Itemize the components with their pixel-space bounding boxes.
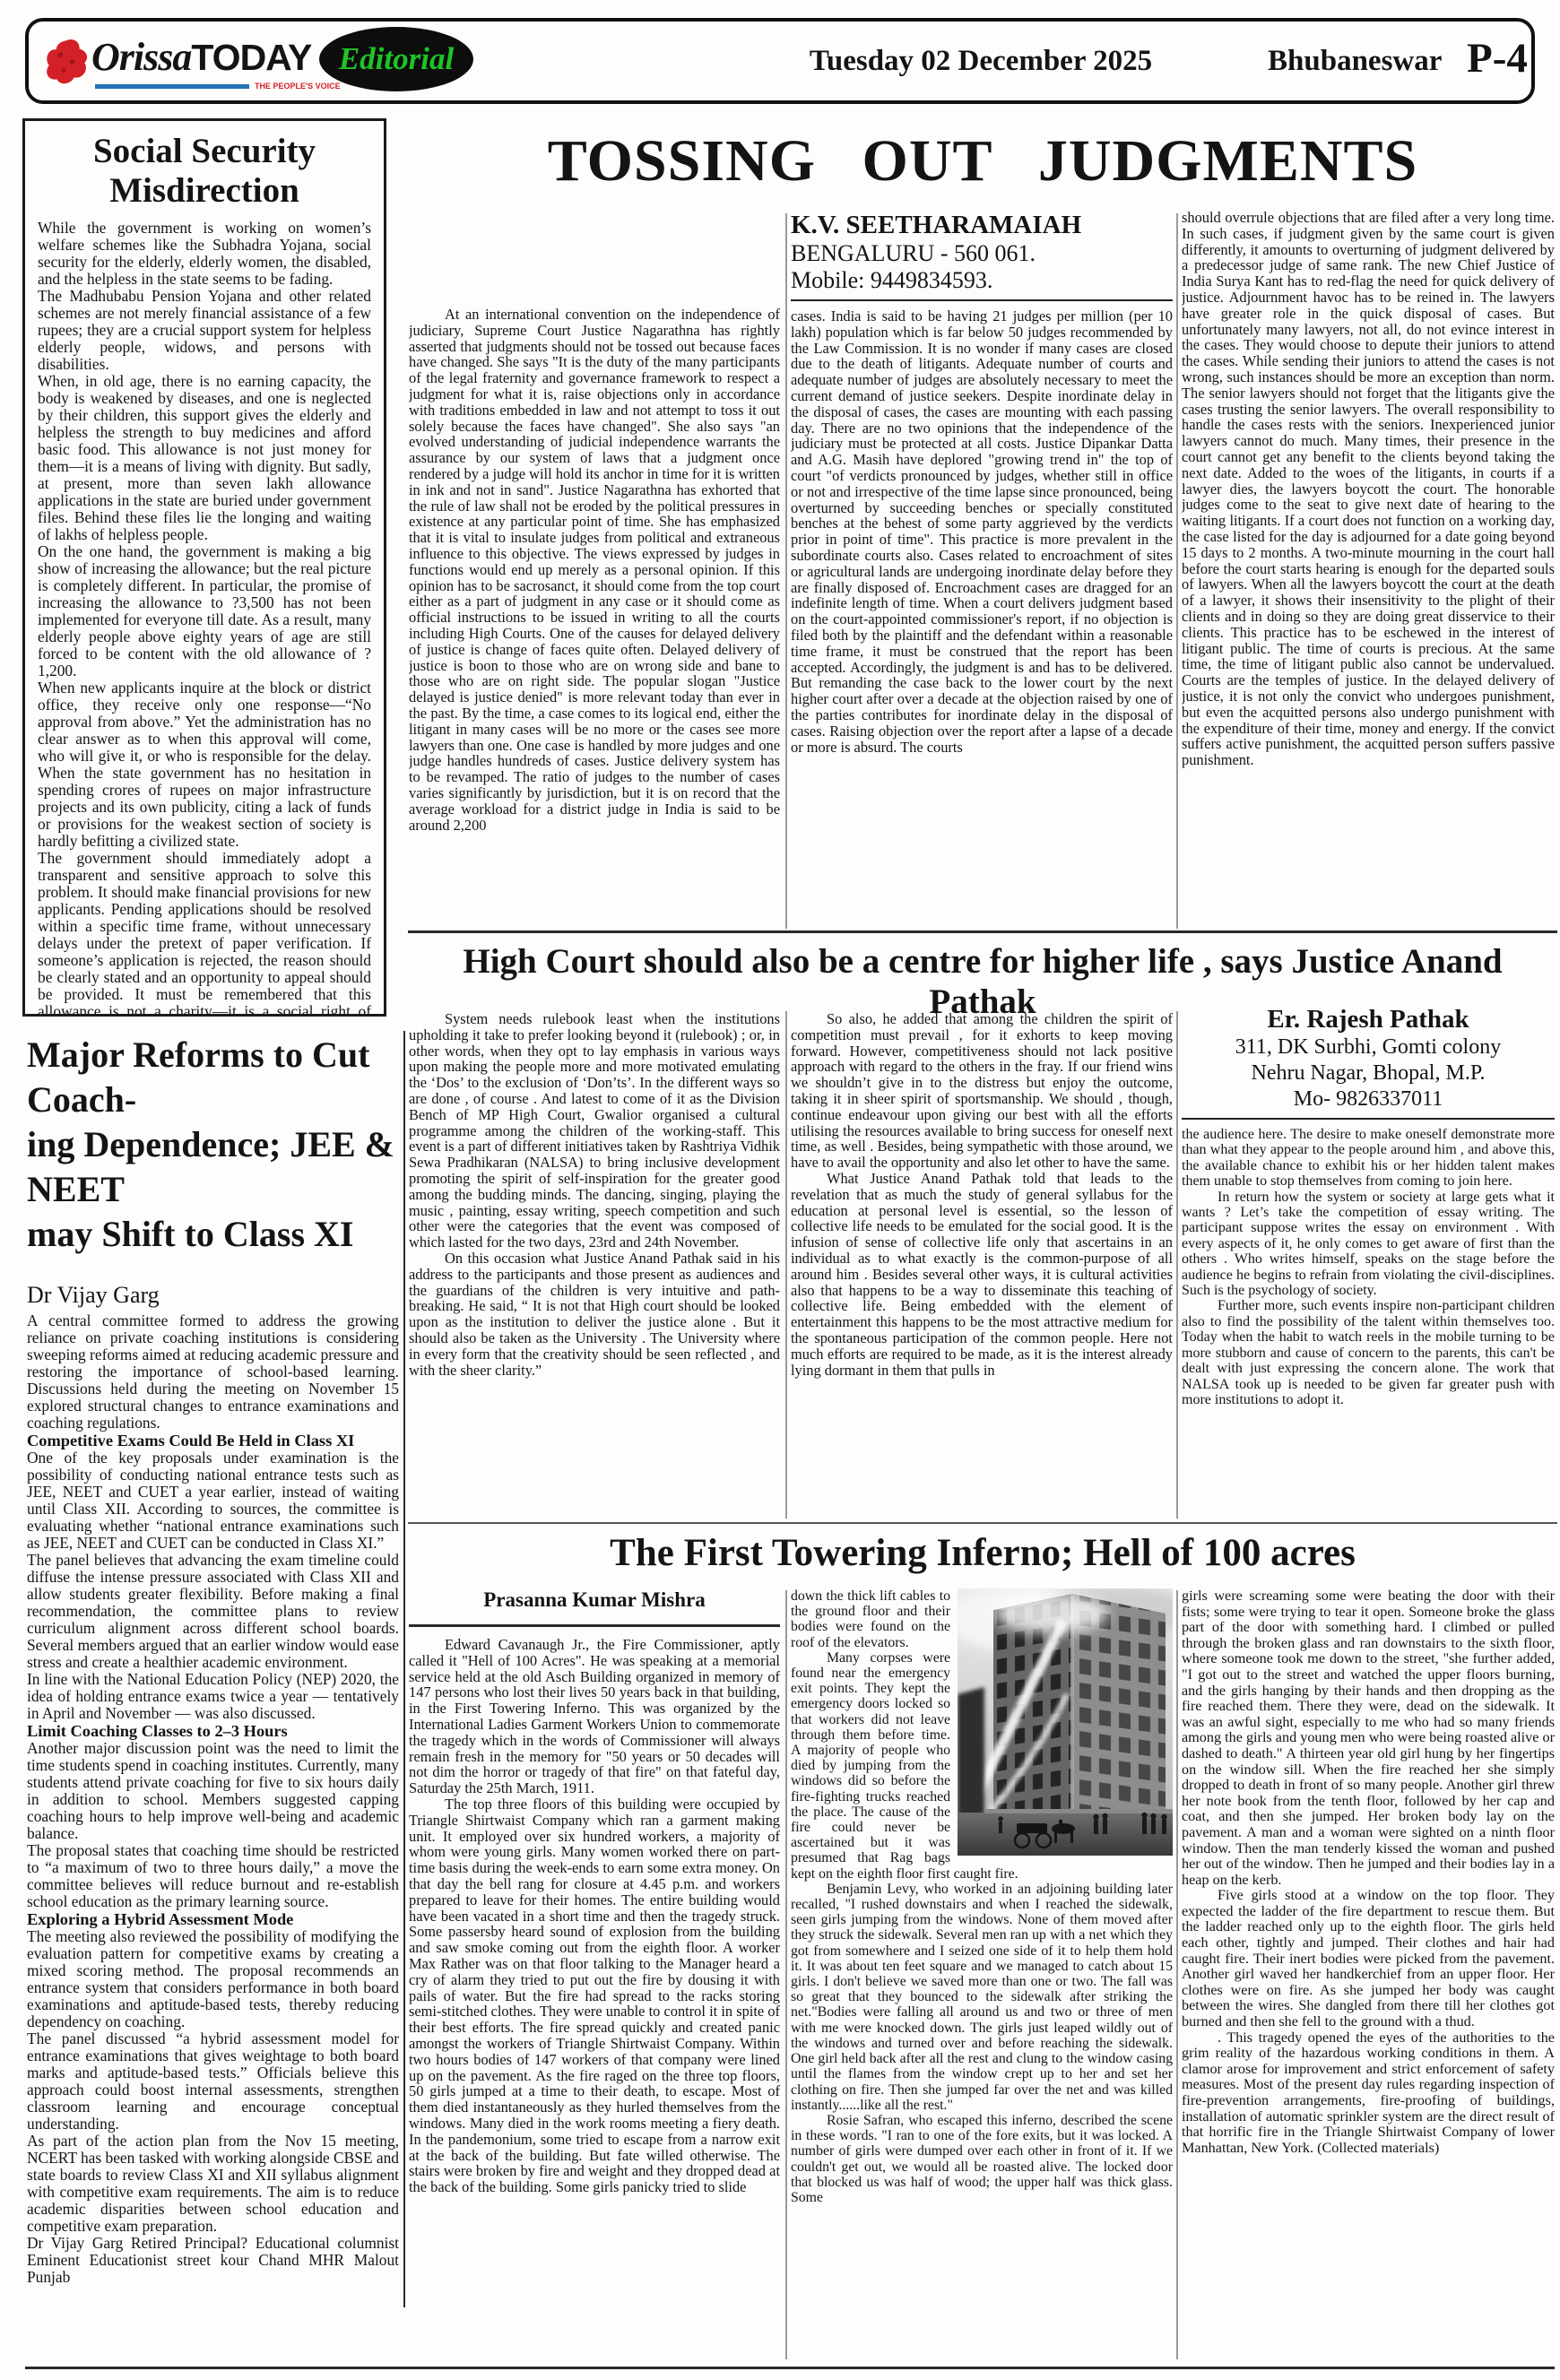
coaching-paragraph: The panel believes that advancing the ex…: [27, 1552, 399, 1671]
coaching-title-line: Major Reforms to Cut Coach-: [27, 1033, 399, 1122]
contributor-rule: [1182, 1118, 1555, 1120]
coaching-article: Major Reforms to Cut Coach- ing Dependen…: [27, 1033, 399, 2359]
coaching-paragraph: As part of the action plan from the Nov …: [27, 2133, 399, 2235]
coaching-paragraph: The panel discussed “a hybrid assessment…: [27, 2030, 399, 2133]
edition-badge: Editorial: [319, 27, 473, 91]
high-court-paragraph: In return how the system or society at l…: [1182, 1190, 1555, 1299]
contributor-name: Er. Rajesh Pathak: [1182, 1004, 1555, 1034]
contributor-address: 311, DK Surbhi, Gomti colony: [1182, 1034, 1555, 1060]
judgments-text: cases. India is said to be having 21 jud…: [791, 308, 1173, 755]
coaching-paragraph: A central committee formed to address th…: [27, 1312, 399, 1432]
coaching-paragraph: The meeting also reviewed the possibilit…: [27, 1928, 399, 2030]
editorial-paragraph: When new applicants inquire at the block…: [38, 679, 371, 850]
paper-logo: OrissaTODAY THE PEOPLE'S VOICE: [41, 32, 310, 95]
odisha-map-icon: [41, 36, 93, 88]
judgments-text: At an international convention on the in…: [409, 307, 780, 833]
high-court-paragraph: System needs rulebook least when the ins…: [409, 1011, 780, 1251]
editorial-paragraph: The government should immediately adopt …: [38, 850, 371, 1017]
judgments-column-1: At an international convention on the in…: [409, 307, 780, 934]
paper-name-bold: TODAY: [191, 37, 311, 78]
newspaper-page: OrissaTODAY THE PEOPLE'S VOICE Editorial…: [0, 0, 1560, 2380]
logo-underline: [95, 84, 249, 89]
inferno-headline: The First Towering Inferno; Hell of 100 …: [408, 1531, 1557, 1575]
judgments-headline: TOSSING OUT JUDGMENTS: [408, 127, 1557, 195]
coaching-paragraph: One of the key proposals under examinati…: [27, 1450, 399, 1552]
judgments-column-2: K.V. SEETHARAMAIAH BENGALURU - 560 061. …: [791, 210, 1173, 932]
editorial-article: Social Security Misdirection While the g…: [22, 118, 386, 1017]
coaching-paragraph: The proposal states that coaching time s…: [27, 1842, 399, 1910]
coaching-paragraph: Another major discussion point was the n…: [27, 1740, 399, 1842]
author-mobile: Mobile: 9449834593.: [791, 267, 1173, 294]
masthead-date: Tuesday 02 December 2025: [757, 45, 1205, 78]
column-gutter-rule: [785, 1590, 787, 2359]
inferno-paragraph: Benjamin Levy, who worked in an adjoinin…: [791, 1882, 1173, 2113]
inferno-column-2: down the thick lift cables to the ground…: [791, 1588, 1173, 2361]
paper-name-italic: Orissa: [91, 35, 191, 79]
inferno-column-1: Edward Cavanaugh Jr., the Fire Commissio…: [409, 1637, 780, 2363]
high-court-paragraph: the audience here. The desire to make on…: [1182, 1127, 1555, 1190]
coaching-subhead: Limit Coaching Classes to 2–3 Hours: [27, 1722, 399, 1740]
coaching-paragraph: In line with the National Education Poli…: [27, 1671, 399, 1722]
byline-rule: [409, 1624, 780, 1627]
edition-badge-label: Editorial: [339, 41, 454, 77]
column-gutter-rule: [1176, 213, 1178, 929]
coaching-subhead: Exploring a Hybrid Assessment Mode: [27, 1910, 399, 1928]
editorial-paragraph: On the one hand, the government is makin…: [38, 543, 371, 679]
section-rule: [408, 1522, 1557, 1524]
column-gutter-rule: [1176, 1011, 1178, 1519]
column-gutter-rule: [1176, 1590, 1178, 2359]
judgments-text: should overrule objections that are file…: [1182, 210, 1555, 768]
high-court-paragraph: What Justice Anand Pathak told that lead…: [791, 1171, 1173, 1378]
masthead: OrissaTODAY THE PEOPLE'S VOICE Editorial…: [25, 18, 1535, 104]
editorial-paragraph: The Madhubabu Pension Yojana and other r…: [38, 288, 371, 373]
inferno-paragraph: girls were screaming some were beating t…: [1182, 1588, 1555, 1888]
inferno-paragraph: . This tragedy opened the eyes of the au…: [1182, 2030, 1555, 2157]
paper-tagline: THE PEOPLE'S VOICE: [255, 82, 341, 91]
high-court-column-1: System needs rulebook least when the ins…: [409, 1011, 780, 1519]
paper-name: OrissaTODAY: [91, 34, 311, 80]
author-city: BENGALURU - 560 061.: [791, 240, 1173, 267]
author-rule: [791, 299, 1173, 301]
contributor-mobile: Mo- 9826337011: [1182, 1086, 1555, 1112]
coaching-title-line: may Shift to Class XI: [27, 1212, 399, 1257]
coaching-byline: Dr Vijay Garg: [27, 1282, 399, 1309]
high-court-paragraph: Further more, such events inspire non-pa…: [1182, 1298, 1555, 1407]
editorial-title: Social Security Misdirection: [38, 132, 371, 211]
inferno-paragraph: The top three floors of this building we…: [409, 1796, 780, 2195]
author-name: K.V. SEETHARAMAIAH: [791, 210, 1173, 240]
coaching-paragraph: Dr Vijay Garg Retired Principal? Educati…: [27, 2235, 399, 2286]
high-court-paragraph: On this occasion what Justice Anand Path…: [409, 1251, 780, 1378]
fire-photo: [958, 1588, 1173, 1856]
coaching-subhead: Competitive Exams Could Be Held in Class…: [27, 1432, 399, 1450]
judgments-column-3: should overrule objections that are file…: [1182, 210, 1555, 930]
page-bottom-rule: [25, 2367, 1555, 2369]
inferno-column-3: girls were screaming some were beating t…: [1182, 1588, 1555, 2363]
inferno-paragraph: Five girls stood at a window on the top …: [1182, 1888, 1555, 2029]
column-gutter-rule: [785, 213, 787, 929]
masthead-city: Bhubaneswar: [1268, 45, 1442, 78]
coaching-title-line: ing Dependence; JEE & NEET: [27, 1122, 399, 1212]
section-rule: [408, 930, 1557, 933]
high-court-paragraph: So also, he added that among the childre…: [791, 1011, 1173, 1171]
inferno-paragraph: Rosie Safran, who escaped this inferno, …: [791, 2113, 1173, 2205]
editorial-paragraph: While the government is working on women…: [38, 220, 371, 288]
high-court-column-2: So also, he added that among the childre…: [791, 1011, 1173, 1519]
inferno-byline: Prasanna Kumar Mishra: [409, 1588, 780, 1612]
column-gutter-rule: [785, 1011, 787, 1519]
page-number: P-4: [1467, 34, 1528, 82]
column-rule: [403, 1031, 405, 2307]
inferno-paragraph: Edward Cavanaugh Jr., the Fire Commissio…: [409, 1637, 780, 1796]
contributor-address: Nehru Nagar, Bhopal, M.P.: [1182, 1060, 1555, 1086]
editorial-paragraph: When, in old age, there is no earning ca…: [38, 373, 371, 543]
high-court-column-3: Er. Rajesh Pathak 311, DK Surbhi, Gomti …: [1182, 1004, 1555, 1520]
